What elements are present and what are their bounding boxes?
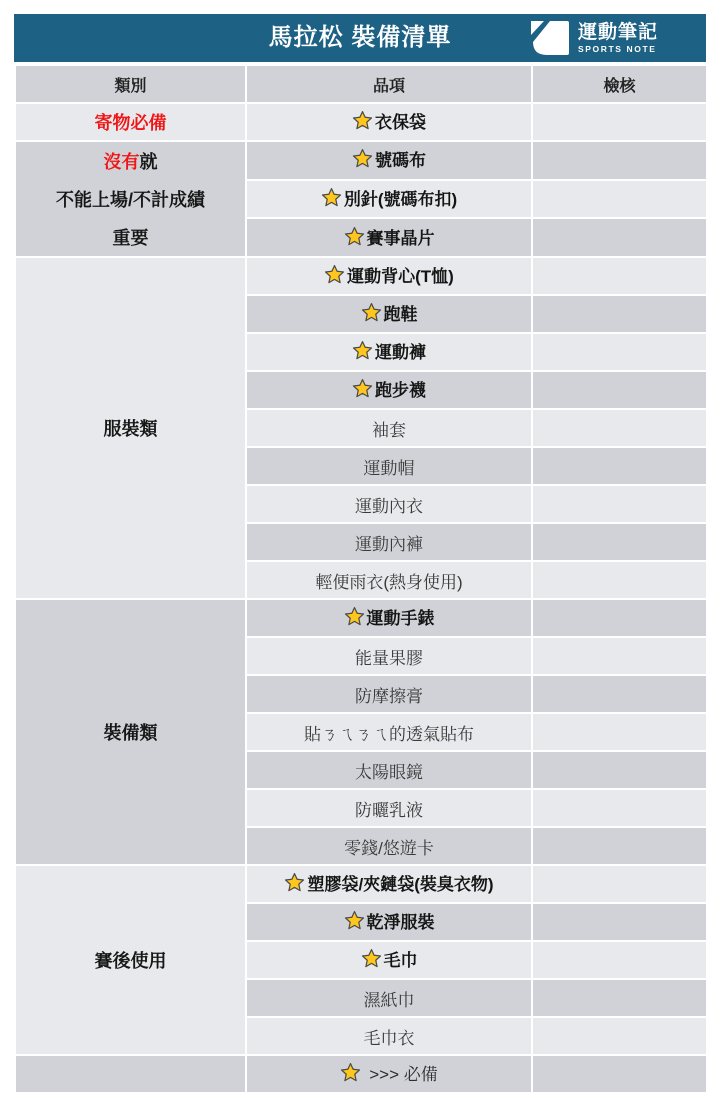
item-cell: 防曬乳液	[246, 789, 532, 827]
check-cell	[532, 637, 707, 675]
check-cell	[532, 141, 707, 180]
check-cell	[532, 523, 707, 561]
star-icon	[361, 302, 382, 323]
check-cell	[532, 827, 707, 865]
check-cell	[532, 218, 707, 257]
category-cell-gear: 裝備類	[15, 599, 246, 865]
item-cell: 跑步襪	[246, 371, 532, 409]
star-icon	[344, 606, 365, 627]
check-cell	[532, 751, 707, 789]
brand-logo: 運動筆記 SPORTS NOTE	[529, 19, 658, 57]
item-cell: 塑膠袋/夾鏈袋(裝臭衣物)	[246, 865, 532, 903]
check-cell	[532, 865, 707, 903]
check-cell	[532, 180, 707, 219]
table-row: 裝備類 運動手錶	[15, 599, 707, 637]
header-bar: 馬拉松 裝備清單 運動筆記 SPORTS NOTE	[14, 14, 706, 62]
check-cell	[532, 903, 707, 941]
legend-cell: >>> 必備	[246, 1055, 532, 1093]
item-cell: 防摩擦膏	[246, 675, 532, 713]
item-cell: 能量果膠	[246, 637, 532, 675]
column-header-item: 品項	[246, 65, 532, 103]
check-cell	[532, 295, 707, 333]
item-cell: 濕紙巾	[246, 979, 532, 1017]
check-cell	[532, 1017, 707, 1055]
check-cell	[532, 675, 707, 713]
star-icon	[344, 226, 365, 247]
star-icon	[324, 264, 345, 285]
star-icon	[352, 340, 373, 361]
brand-name: 運動筆記	[578, 23, 658, 42]
item-cell: 毛巾	[246, 941, 532, 979]
item-cell: 袖套	[246, 409, 532, 447]
table-row: 賽後使用 塑膠袋/夾鏈袋(裝臭衣物)	[15, 865, 707, 903]
item-cell: 運動手錶	[246, 599, 532, 637]
equipment-table: 類別 品項 檢核 寄物必備 衣保袋 沒有就 不能上場/不計成績 重要 號碼布	[14, 64, 708, 1094]
check-cell	[532, 103, 707, 141]
check-cell	[532, 979, 707, 1017]
check-cell	[532, 409, 707, 447]
sportsnote-n-icon	[529, 19, 571, 57]
item-cell: 運動內衣	[246, 485, 532, 523]
table-row-legend: >>> 必備	[15, 1055, 707, 1093]
column-header-check: 檢核	[532, 65, 707, 103]
check-cell	[532, 599, 707, 637]
item-cell: 運動背心(T恤)	[246, 257, 532, 295]
item-cell: 號碼布	[246, 141, 532, 180]
item-cell: 衣保袋	[246, 103, 532, 141]
category-cell-depot: 寄物必備	[15, 103, 246, 141]
star-icon	[344, 910, 365, 931]
table-row: 寄物必備 衣保袋	[15, 103, 707, 141]
item-cell: 別針(號碼布扣)	[246, 180, 532, 219]
item-cell: 賽事晶片	[246, 218, 532, 257]
column-header-category: 類別	[15, 65, 246, 103]
check-cell	[532, 447, 707, 485]
category-cell-critical: 沒有就 不能上場/不計成績 重要	[15, 141, 246, 257]
star-icon	[352, 148, 373, 169]
star-icon	[352, 110, 373, 131]
check-cell	[532, 713, 707, 751]
star-icon	[321, 187, 342, 208]
check-cell	[532, 257, 707, 295]
check-cell	[532, 371, 707, 409]
star-icon	[361, 948, 382, 969]
check-cell	[532, 941, 707, 979]
column-header-row: 類別 品項 檢核	[15, 65, 707, 103]
check-cell	[532, 485, 707, 523]
item-cell: 運動褲	[246, 333, 532, 371]
table-row: 沒有就 不能上場/不計成績 重要 號碼布	[15, 141, 707, 180]
category-cell-postrace: 賽後使用	[15, 865, 246, 1055]
item-cell: 太陽眼鏡	[246, 751, 532, 789]
check-cell	[532, 561, 707, 599]
category-cell-empty	[15, 1055, 246, 1093]
check-cell	[532, 1055, 707, 1093]
brand-subtitle: SPORTS NOTE	[578, 45, 658, 54]
category-cell-apparel: 服裝類	[15, 257, 246, 599]
check-cell	[532, 789, 707, 827]
check-cell	[532, 333, 707, 371]
brand-text: 運動筆記 SPORTS NOTE	[578, 23, 658, 54]
item-cell: 零錢/悠遊卡	[246, 827, 532, 865]
item-cell: 貼ㄋㄟㄋㄟ的透氣貼布	[246, 713, 532, 751]
item-cell: 輕便雨衣(熱身使用)	[246, 561, 532, 599]
item-cell: 跑鞋	[246, 295, 532, 333]
item-cell: 運動內褲	[246, 523, 532, 561]
item-cell: 毛巾衣	[246, 1017, 532, 1055]
star-icon	[340, 1062, 361, 1083]
checklist-sheet: 馬拉松 裝備清單 運動筆記 SPORTS NOTE 類別 品項 檢核 寄物必備	[14, 0, 706, 1094]
table-row: 服裝類 運動背心(T恤)	[15, 257, 707, 295]
star-icon	[284, 872, 305, 893]
item-cell: 運動帽	[246, 447, 532, 485]
item-cell: 乾淨服裝	[246, 903, 532, 941]
star-icon	[352, 378, 373, 399]
